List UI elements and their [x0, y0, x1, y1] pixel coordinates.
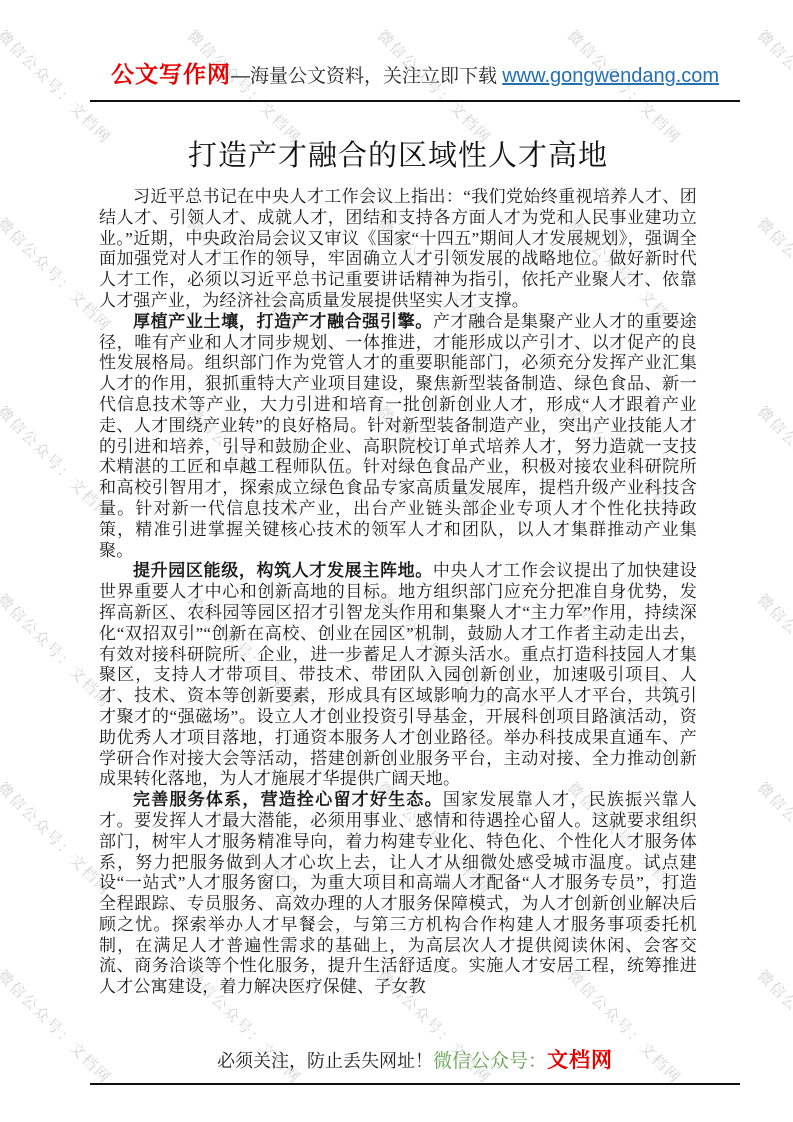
document-page: 微信公众号：文档网微信公众号：文档网微信公众号：文档网微信公众号：文档网微信公众…	[0, 0, 793, 1122]
footer-warning: 必须关注，防止丢失网址！	[217, 1051, 433, 1071]
paragraph-4-lead: 完善服务体系，营造拴心留才好生态。	[133, 790, 443, 809]
article: 打造产才融合的区域性人才高地 习近平总书记在中央人才工作会议上指出：“我们党始终…	[99, 133, 697, 998]
site-footer: 必须关注，防止丢失网址！微信公众号：文档网	[90, 1044, 740, 1085]
watermark-text: 微信公众号：文档网	[753, 401, 793, 524]
paragraph-3: 提升园区能级，构筑人才发展主阵地。中央人才工作会议提出了加快建设世界重要人才中心…	[99, 561, 697, 790]
paragraph-3-text: 中央人才工作会议提出了加快建设世界重要人才中心和创新高地的目标。地方组织部门应充…	[99, 561, 697, 788]
paragraph-2-text: 产才融合是集聚产业人才的重要途径，唯有产业和人才同步规划、一体推进，才能形成以产…	[99, 312, 697, 560]
watermark-text: 微信公众号：文档网	[753, 213, 793, 336]
site-url-link[interactable]: www.gongwendang.com	[502, 65, 719, 87]
footer-wechat-label: 微信公众号：	[433, 1051, 547, 1072]
paragraph-4-text: 国家发展靠人才，民族振兴靠人才。要发挥人才最大潜能，必须用事业、感情和待遇拴心留…	[99, 790, 697, 996]
site-header: 公文写作网—海量公文资料，关注立即下载 www.gongwendang.com	[90, 56, 740, 102]
paragraph-2: 厚植产业土壤，打造产才融合强引擎。产才融合是集聚产业人才的重要途径，唯有产业和人…	[99, 312, 697, 562]
header-tagline: —海量公文资料，关注立即下载	[231, 66, 502, 87]
paragraph-1-text: 习近平总书记在中央人才工作会议上指出：“我们党始终重视培养人才、团结人才、引领人…	[99, 187, 697, 310]
paragraph-1: 习近平总书记在中央人才工作会议上指出：“我们党始终重视培养人才、团结人才、引领人…	[99, 187, 697, 312]
paragraph-4: 完善服务体系，营造拴心留才好生态。国家发展靠人才，民族振兴靠人才。要发挥人才最大…	[99, 790, 697, 998]
watermark-text: 微信公众号：文档网	[753, 777, 793, 900]
paragraph-3-lead: 提升园区能级，构筑人才发展主阵地。	[133, 561, 433, 580]
watermark-text: 微信公众号：文档网	[753, 589, 793, 712]
footer-brand: 文档网	[547, 1049, 613, 1072]
site-brand: 公文写作网	[111, 61, 231, 87]
watermark-text: 微信公众号：文档网	[753, 965, 793, 1088]
article-title: 打造产才融合的区域性人才高地	[99, 133, 697, 174]
watermark-text: 微信公众号：文档网	[753, 25, 793, 148]
paragraph-2-lead: 厚植产业土壤，打造产才融合强引擎。	[133, 312, 433, 331]
